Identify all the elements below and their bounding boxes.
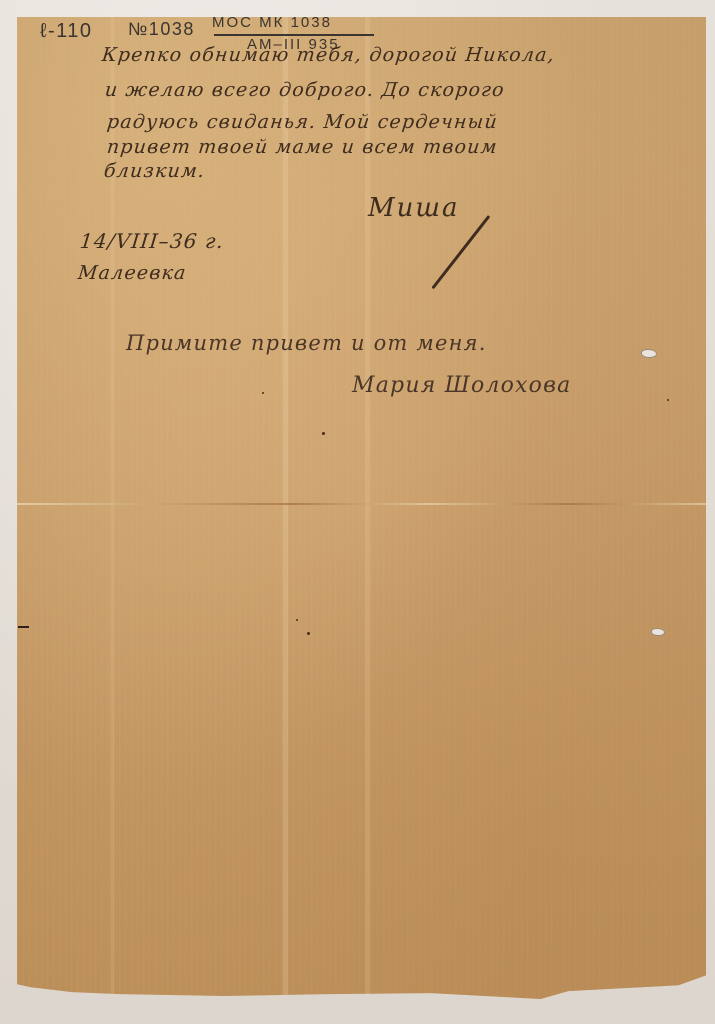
margin-tick-mark <box>18 626 29 628</box>
letter-line-1: Крепко обнимаю тебя, дорогой Никола, <box>101 44 556 66</box>
paper-hole <box>641 349 657 358</box>
ink-speck <box>262 392 264 394</box>
ink-speck <box>322 432 325 435</box>
archive-sheet-number: ℓ-110 <box>40 20 93 43</box>
ink-speck <box>296 619 298 621</box>
postscript-text: Примите привет и от меня. <box>126 331 487 355</box>
letter-line-5: близким. <box>103 160 207 182</box>
letter-line-4: привет твоей маме и всем твоим <box>106 136 499 158</box>
archive-item-number: №1038 <box>128 19 195 40</box>
letter-signature: Миша <box>368 193 460 223</box>
postscript-signature: Мария Шолохова <box>352 373 571 398</box>
archive-fund-code: МОС МК 1038 <box>212 14 332 31</box>
horizontal-fold-crease <box>17 503 706 505</box>
letter-date: 14/VIII–36 г. <box>79 229 226 253</box>
ink-speck <box>307 632 310 635</box>
paper-hole <box>651 628 665 636</box>
letter-place: Малеевка <box>77 262 188 284</box>
letter-line-3: радуюсь свиданья. Мой сердечный <box>106 111 499 133</box>
letter-line-2: и желаю всего доброго. До скорого <box>104 79 506 101</box>
ink-speck <box>667 399 669 401</box>
